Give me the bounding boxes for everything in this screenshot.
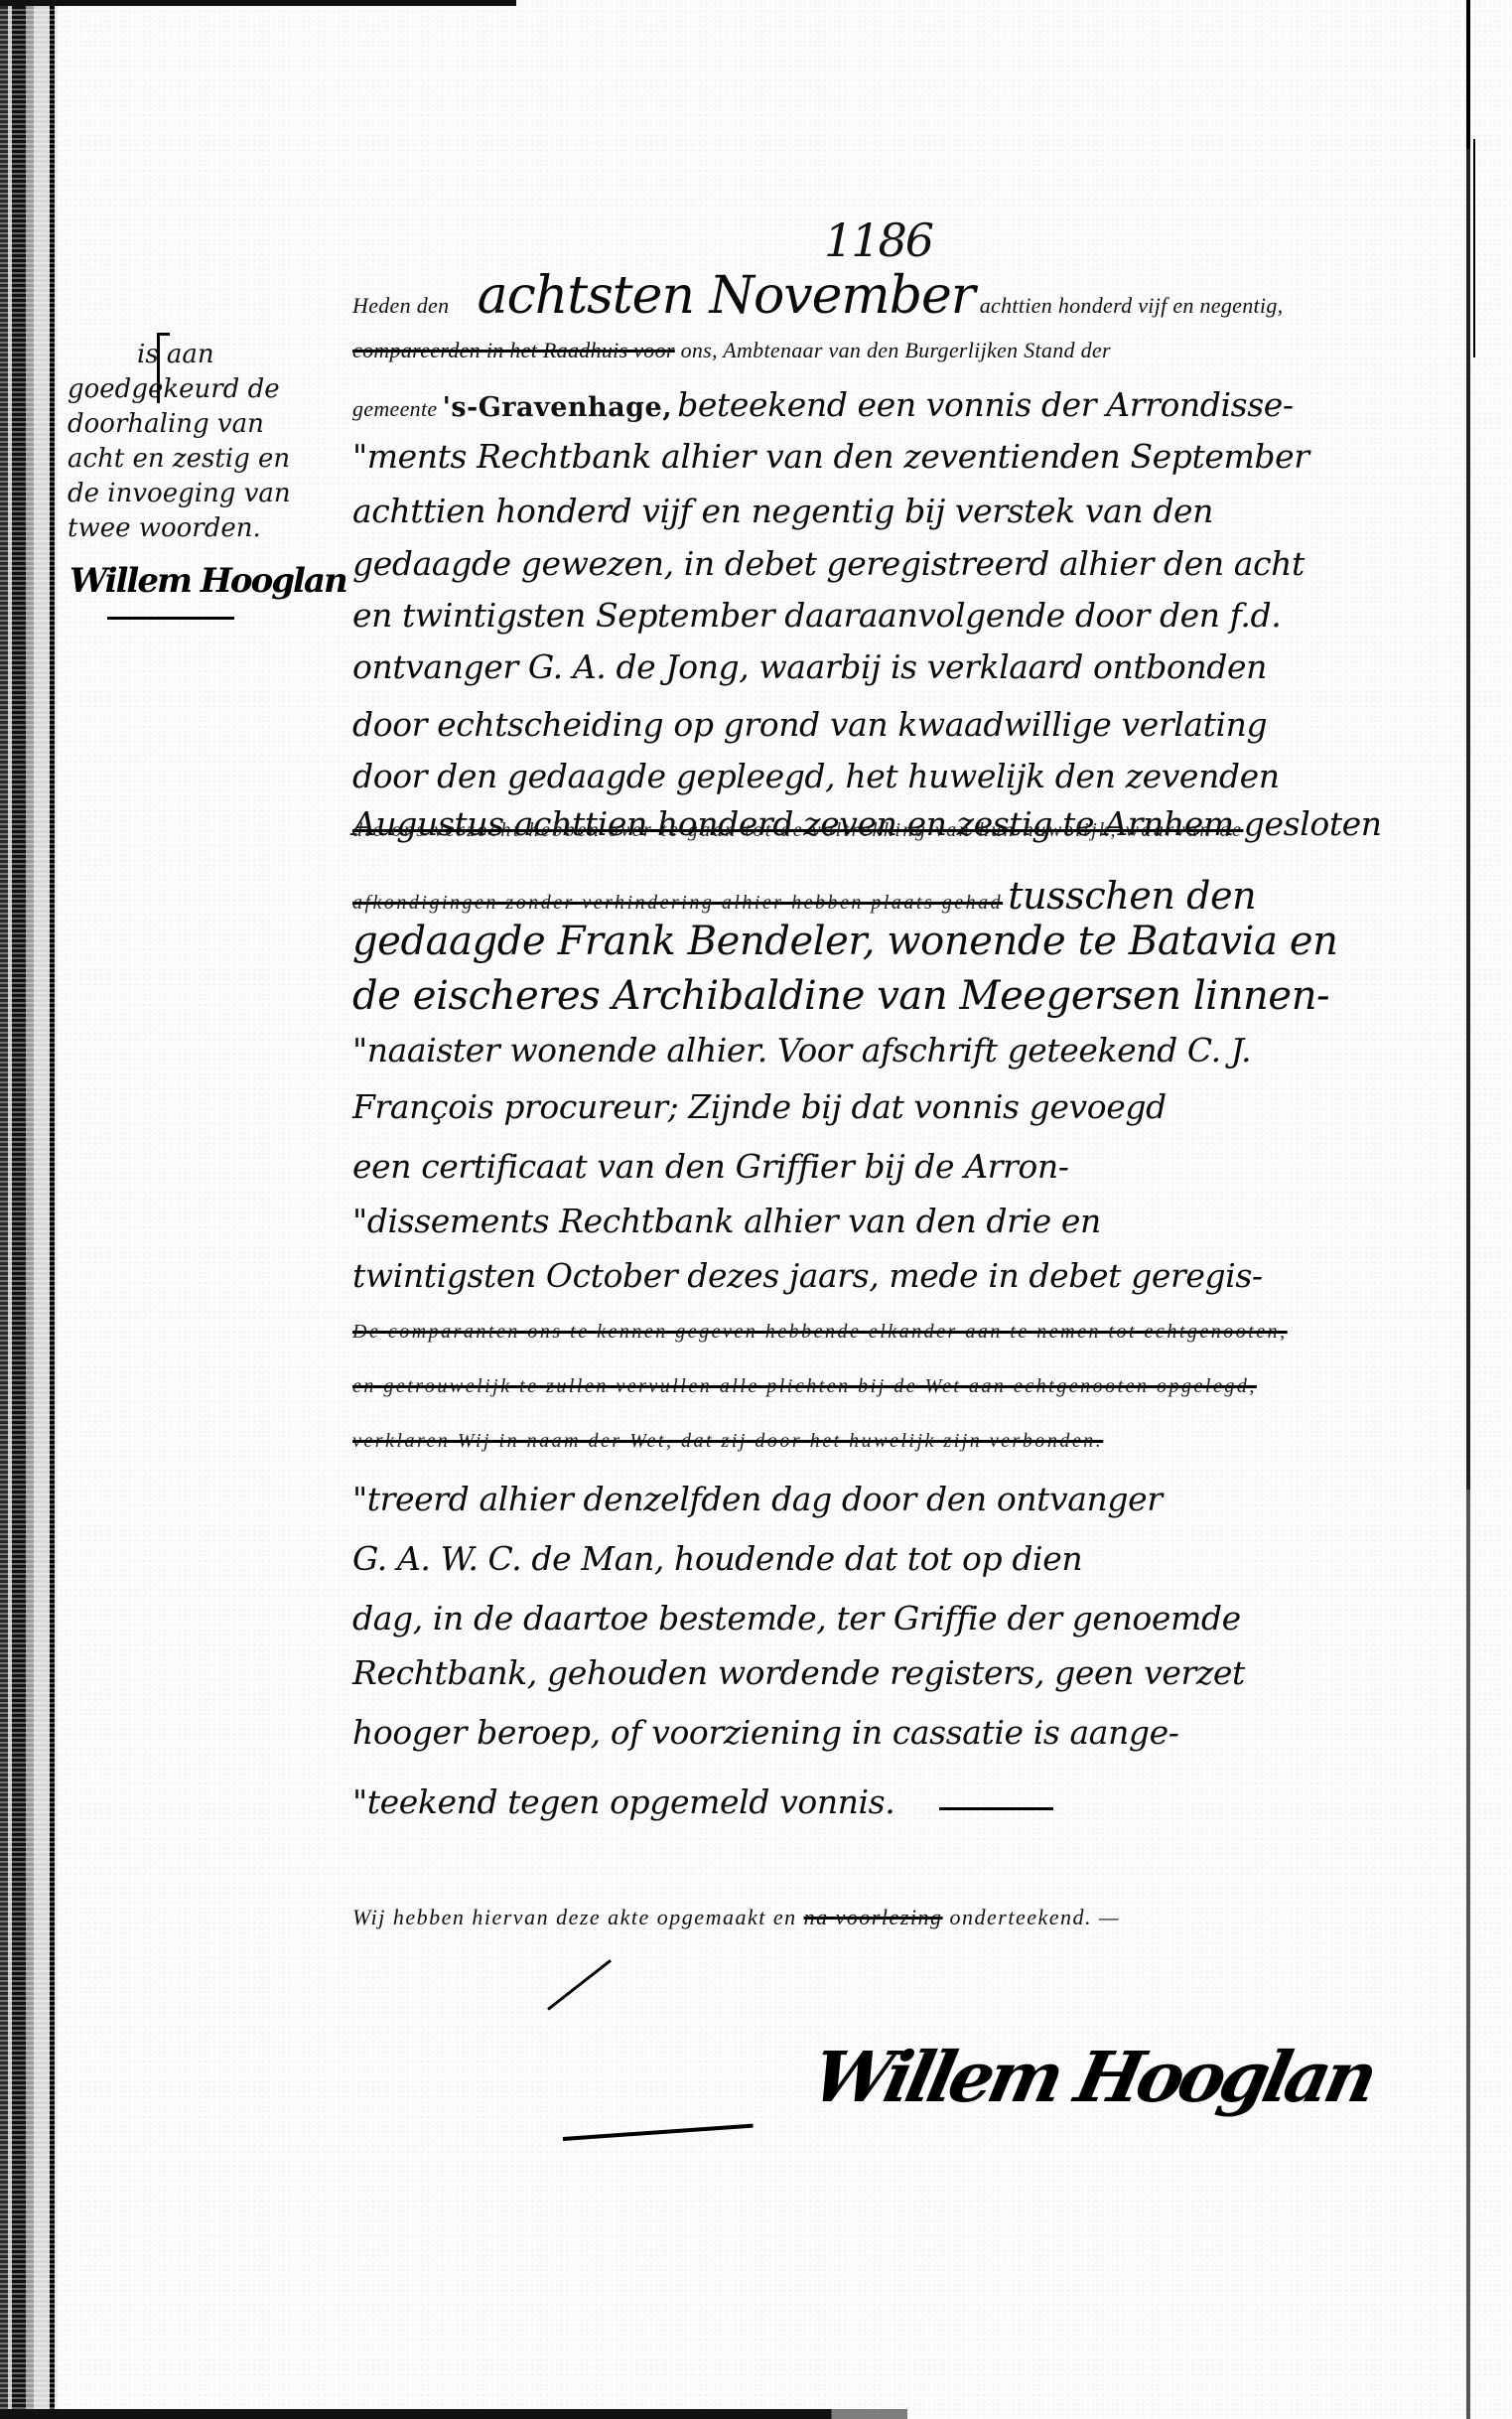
- document-line: dag, in de daartoe bestemde, ter Griffie…: [352, 1599, 1459, 1637]
- document-line: "treerd alhier denzelfden dag door den o…: [352, 1480, 1459, 1518]
- document-line-defendant: gedaagde Frank Bendeler, wonende te Bata…: [352, 919, 1459, 964]
- right-margin-rule: [1466, 0, 1470, 2419]
- document-line: compareerden in het Raadhuis voor ons, A…: [352, 338, 1459, 363]
- closing-statement: Wij hebben hiervan deze akte opgemaakt e…: [352, 1905, 1120, 1930]
- margin-note-line: de invoeging van: [68, 477, 345, 511]
- document-line: ontvanger G. A. de Jong, waarbij is verk…: [352, 647, 1459, 686]
- struck-text: afkondigingen zonder verhindering alhier…: [352, 892, 1003, 914]
- document-line: gedaagde gewezen, in debet geregistreerd…: [352, 544, 1459, 583]
- handwritten-date: achtsten November: [478, 266, 975, 326]
- page-top-edge: [0, 0, 516, 6]
- struck-text: en getrouwelijk te zullen vervullen alle…: [352, 1375, 1257, 1397]
- document-line: Rechtbank, gehouden wordende registers, …: [352, 1653, 1459, 1692]
- closing-text: onderteekend. —: [950, 1905, 1121, 1929]
- struck-text: die ons verzocht hebben over te gaan tot…: [352, 819, 1243, 841]
- document-line: en twintigsten September daaraanvolgende…: [352, 596, 1459, 635]
- document-line-struck: die ons verzocht hebben over te gaan tot…: [352, 819, 1459, 842]
- document-line-struck: verklaren Wij in naam der Wet, dat zij d…: [352, 1430, 1459, 1453]
- margin-note-line: is aan: [68, 338, 345, 372]
- printed-text: ons, Ambtenaar van den Burgerlijken Stan…: [681, 338, 1111, 362]
- handwritten-text: tusschen den: [1008, 874, 1256, 918]
- margin-note-line: acht en zestig en: [68, 442, 345, 477]
- document-line: "dissements Rechtbank alhier van den dri…: [352, 1202, 1459, 1240]
- document-line: "naaister wonende alhier. Voor afschrift…: [352, 1031, 1459, 1069]
- municipality-name: 's-Gravenhage,: [443, 392, 673, 423]
- margin-note-line: doorhaling van: [68, 407, 345, 442]
- document-line: achttien honderd vijf en negentig bij ve…: [352, 492, 1459, 530]
- document-line-plaintiff: de eischeres Archibaldine van Meegersen …: [352, 973, 1459, 1019]
- book-binding-gutter: [0, 0, 58, 2419]
- document-line: een certificaat van den Griffier bij de …: [352, 1147, 1459, 1186]
- printed-text: gemeente: [352, 396, 437, 421]
- document-line: François procureur; Zijnde bij dat vonni…: [352, 1087, 1459, 1126]
- page-number: 1186: [824, 213, 932, 267]
- document-line-struck: en getrouwelijk te zullen vervullen alle…: [352, 1375, 1459, 1398]
- margin-note: is aan goedgekeurd de doorhaling van ach…: [68, 338, 345, 546]
- struck-text: verklaren Wij in naam der Wet, dat zij d…: [352, 1430, 1103, 1452]
- handwritten-text: "teekend tegen opgemeld vonnis.: [352, 1782, 894, 1821]
- closing-text: Wij hebben hiervan deze akte opgemaakt e…: [352, 1905, 797, 1929]
- margin-note-line: goedgekeurd de: [68, 372, 345, 407]
- handwritten-text: beteekend een vonnis der Arrondisse-: [677, 385, 1293, 424]
- document-line: door echtscheiding op grond van kwaadwil…: [352, 705, 1459, 744]
- document-line-struck: De comparanten ons te kennen gegeven heb…: [352, 1321, 1459, 1344]
- struck-text: De comparanten ons te kennen gegeven heb…: [352, 1321, 1288, 1343]
- document-line: afkondigingen zonder verhindering alhier…: [352, 874, 1459, 918]
- printed-text: Heden den: [352, 293, 449, 318]
- document-line: twintigsten October dezes jaars, mede in…: [352, 1256, 1459, 1295]
- document-line: "teekend tegen opgemeld vonnis.: [352, 1782, 1459, 1821]
- page-bottom-edge: [0, 2409, 1512, 2419]
- document-line: gemeente 's-Gravenhage, beteekend een vo…: [352, 385, 1459, 424]
- official-signature: Willem Hooglan: [805, 2036, 1380, 2118]
- document-line-date: Heden den achtsten November achttien hon…: [352, 266, 1459, 326]
- document-line: hooger beroep, of voorziening in cassati…: [352, 1713, 1459, 1752]
- document-line: door den gedaagde gepleegd, het huwelijk…: [352, 757, 1459, 795]
- margin-signature-underline: [107, 617, 234, 620]
- document-line: G. A. W. C. de Man, houdende dat tot op …: [352, 1539, 1459, 1578]
- line-filler-dash: [939, 1807, 1053, 1810]
- printed-text: achttien honderd vijf en negentig,: [980, 293, 1284, 318]
- margin-signature: Willem Hooglan: [69, 561, 346, 601]
- document-line: "ments Rechtbank alhier van den zeventie…: [352, 437, 1459, 476]
- struck-text: na voorlezing: [804, 1905, 943, 1929]
- margin-note-line: twee woorden.: [68, 511, 345, 546]
- struck-text: compareerden in het Raadhuis voor: [352, 338, 675, 362]
